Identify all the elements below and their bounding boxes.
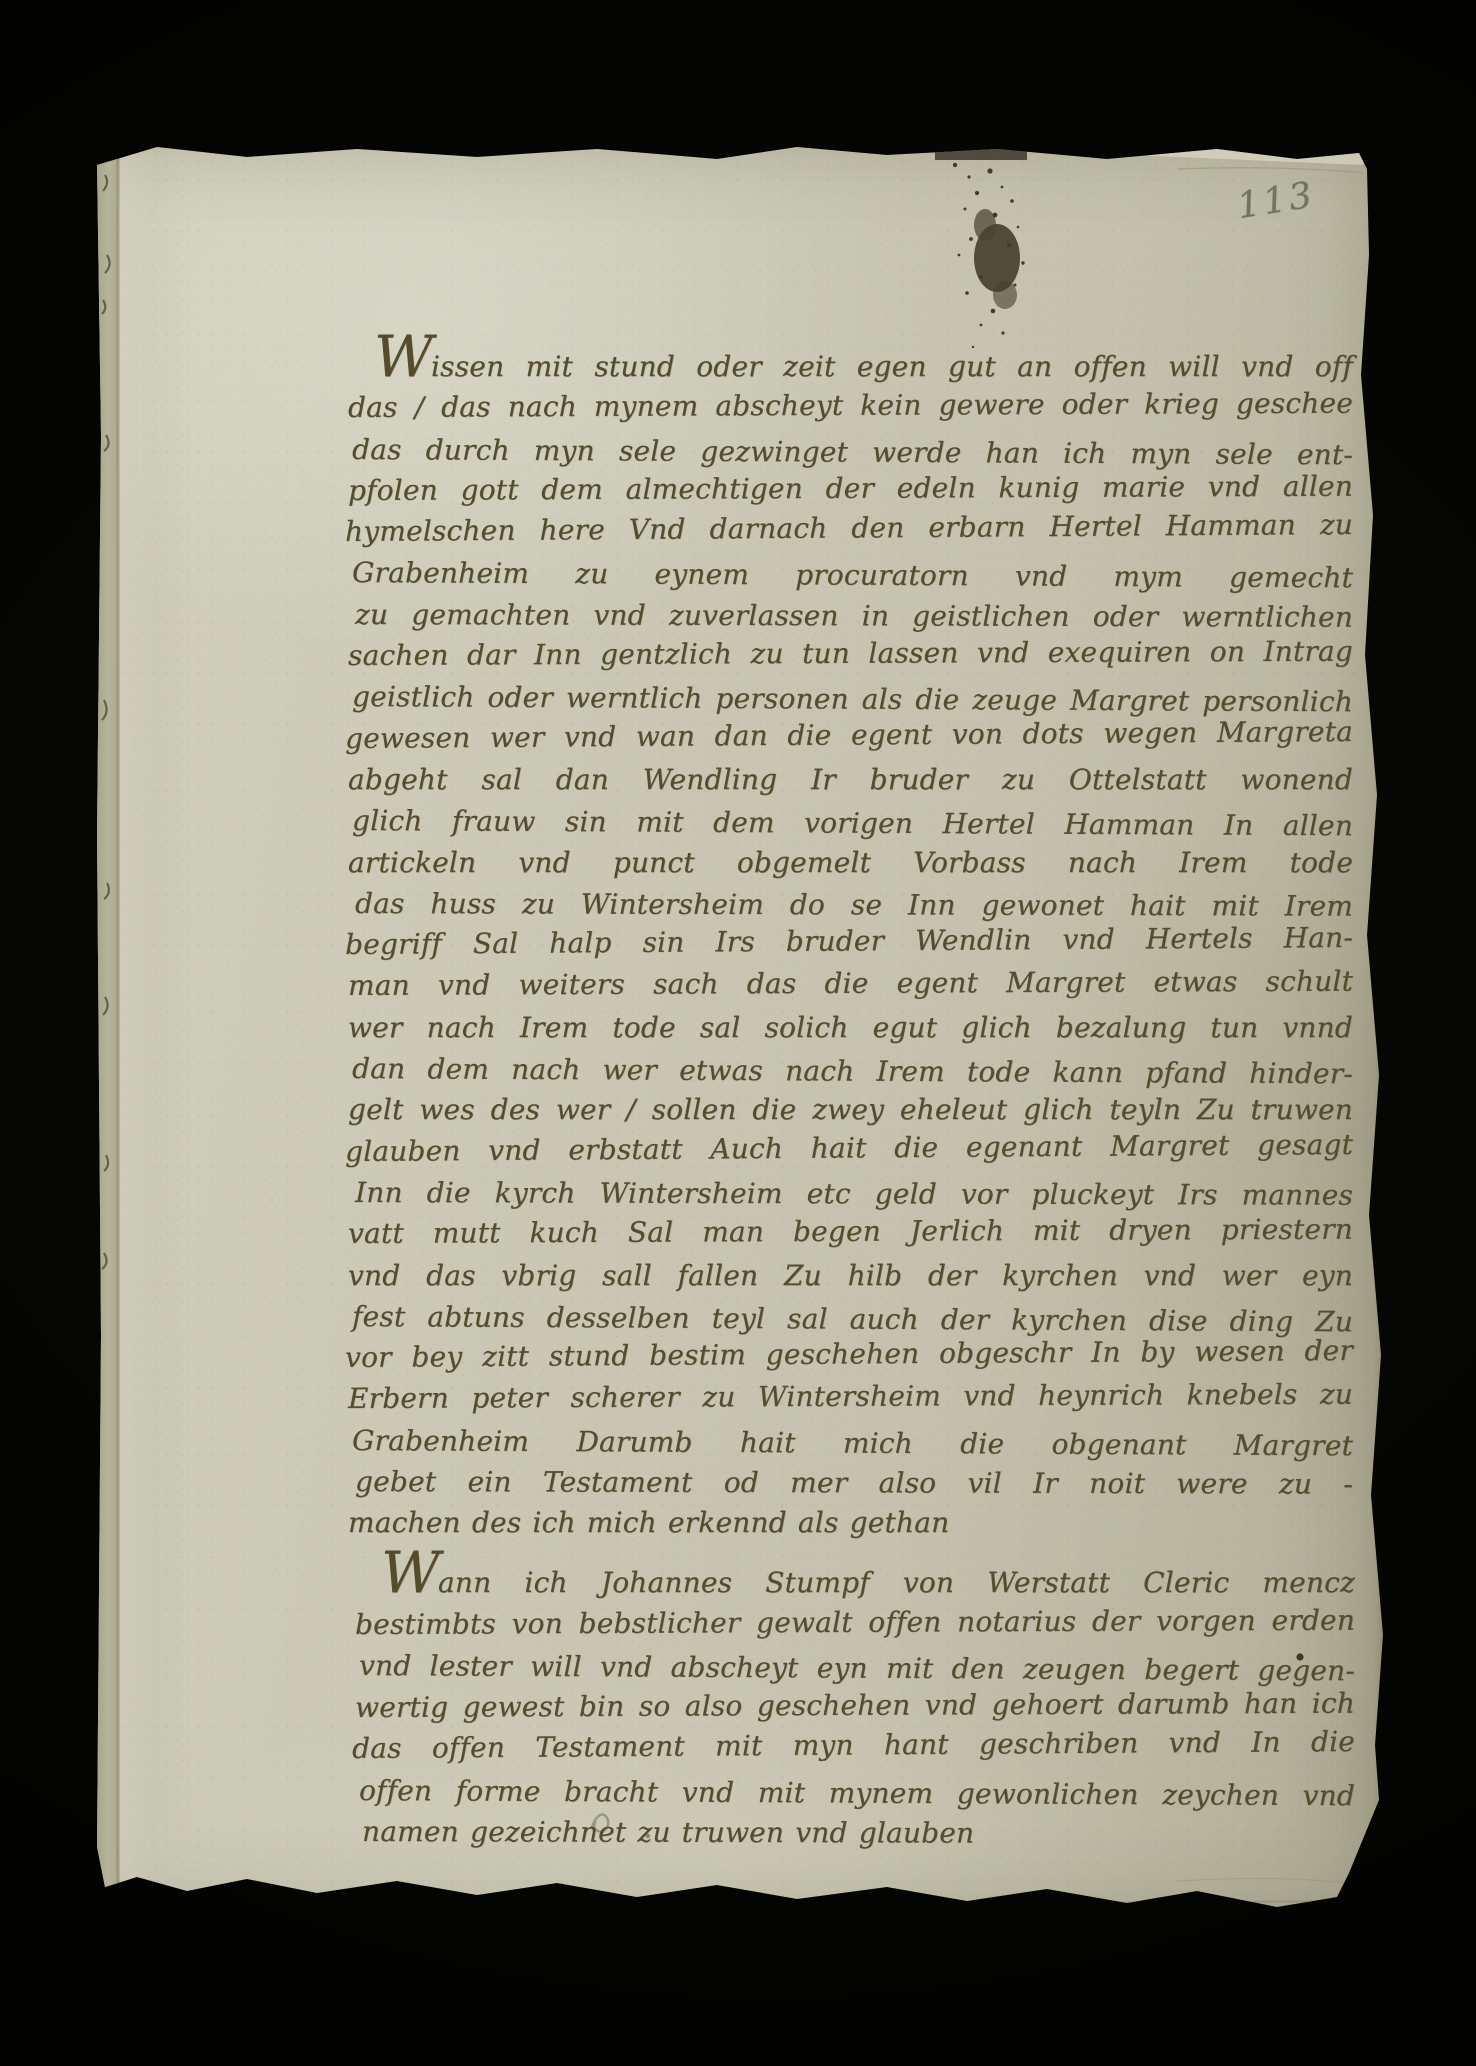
- manuscript-line: offen forme bracht vnd mit mynem gewonli…: [359, 1770, 1355, 1817]
- manuscript-line: hymelschen here Vnd darnach den erbarn H…: [345, 504, 1353, 552]
- gutter-highlight: [120, 135, 156, 1925]
- fold-line-right: [1177, 1878, 1347, 1883]
- ink-blot: [935, 138, 1027, 309]
- manuscript-line: Wissen mit stund oder zeit egen gut an o…: [348, 343, 1353, 387]
- manuscript-line: das offen Testament mit myn hant geschri…: [352, 1721, 1355, 1770]
- manuscript-paragraph-1: Wissen mit stund oder zeit egen gut an o…: [348, 343, 1353, 1544]
- manuscript-line: Erbern peter scherer zu Wintersheim vnd …: [348, 1374, 1353, 1420]
- manuscript-line: Grabenheim Darumb hait mich die obgenant…: [352, 1420, 1353, 1467]
- underlying-page-edges: [97, 135, 117, 1925]
- manuscript-line: Wann ich Johannes Stumpf von Werstatt Cl…: [355, 1559, 1355, 1604]
- ink-speckles: [953, 163, 1025, 348]
- manuscript-line: artickeln vnd punct obgemelt Vorbass nac…: [348, 842, 1353, 883]
- manuscript-line: glich frauw sin mit dem vorigen Hertel H…: [352, 800, 1353, 847]
- manuscript-line: dan dem nach wer etwas nach Irem tode ka…: [352, 1048, 1353, 1095]
- deckle-edge: [1037, 139, 1365, 165]
- manuscript-line: vor bey zitt stund bestim geschehen obge…: [345, 1330, 1353, 1378]
- manuscript-line: abgeht sal dan Wendling Ir bruder zu Ott…: [348, 759, 1353, 800]
- manuscript-line: wer nach Irem tode sal solich egut glich…: [348, 1007, 1353, 1048]
- manuscript-line: vatt mutt kuch Sal man begen Jerlich mit…: [348, 1209, 1353, 1255]
- manuscript-line: glauben vnd erbstatt Auch hait die egena…: [345, 1124, 1353, 1172]
- fold-line: [102, 1895, 1340, 1902]
- manuscript-page: 113 Wissen mit stund oder zeit egen gut …: [97, 135, 1383, 1925]
- manuscript-paragraph-2: Wann ich Johannes Stumpf von Werstatt Cl…: [355, 1559, 1355, 1853]
- manuscript-line: gewesen wer vnd wan dan die egent von do…: [345, 711, 1353, 759]
- manuscript-line: begriff Sal halp sin Irs bruder Wendlin …: [345, 917, 1353, 965]
- manuscript-line: namen gezeichnet zu truwen vnd glauben: [362, 1811, 1355, 1855]
- manuscript-line: gebet ein Testament od mer also vil Ir n…: [355, 1461, 1353, 1505]
- manuscript-line: vnd das vbrig sall fallen Zu hilb der ky…: [348, 1255, 1353, 1296]
- photograph-background: 113 Wissen mit stund oder zeit egen gut …: [0, 0, 1476, 2066]
- manuscript-line: das / das nach mynem abscheyt kein gewer…: [348, 383, 1353, 429]
- manuscript-line: sachen dar Inn gentzlich zu tun lassen v…: [348, 631, 1353, 677]
- manuscript-line: bestimbts von bebstlicher gewalt offen n…: [355, 1599, 1355, 1645]
- manuscript-line: Grabenheim zu eynem procuratorn vnd mym …: [352, 552, 1353, 599]
- manuscript-line: man vnd weiters sach das die egent Margr…: [348, 961, 1353, 1007]
- manuscript-line: machen des ich mich erkennd als gethan: [348, 1502, 1353, 1543]
- folio-number: 113: [1235, 168, 1360, 227]
